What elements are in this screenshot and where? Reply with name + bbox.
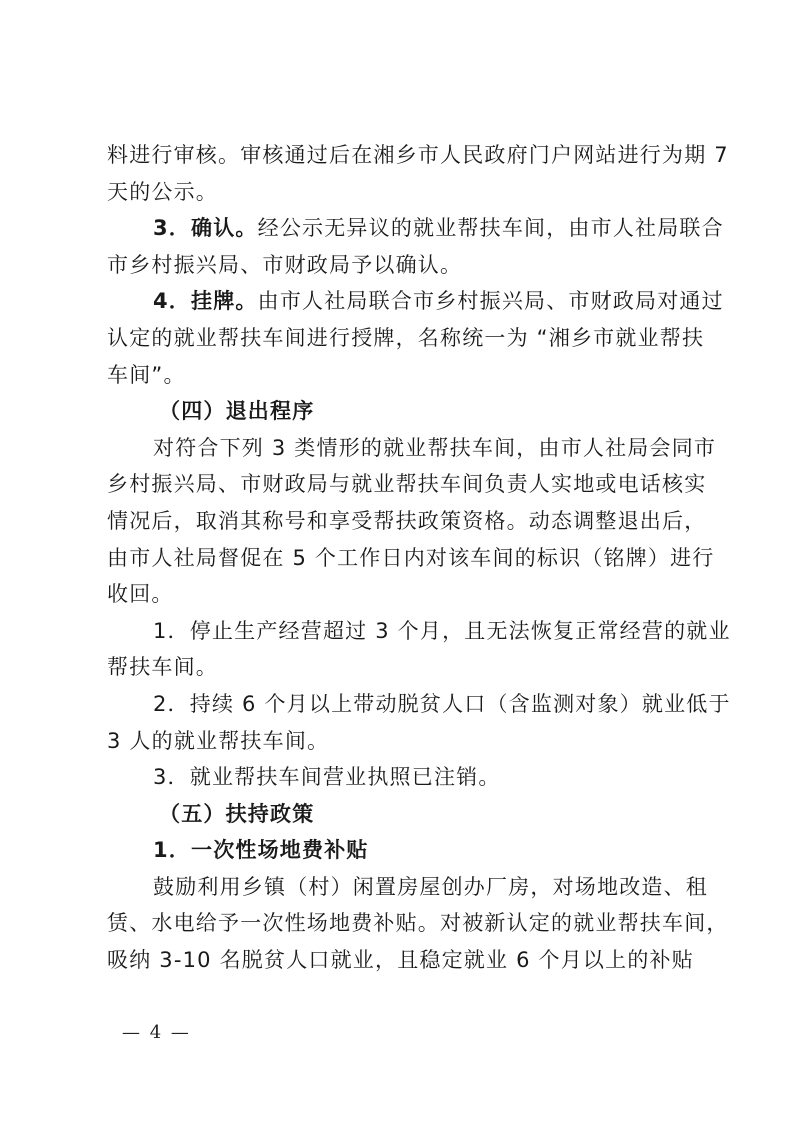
body-line: 对符合下列 3 类情形的就业帮扶车间，由市人社局会同市 xyxy=(107,430,692,467)
subheading-site-subsidy: 1．一次性场地费补贴 xyxy=(107,832,692,869)
body-line: 收回。 xyxy=(107,576,692,613)
body-line: 帮扶车间。 xyxy=(107,649,692,686)
page-number: — 4 — xyxy=(122,1022,191,1043)
item-text: 经公示无异议的就业帮扶车间，由市人社局联合 xyxy=(258,216,724,240)
list-item: 1．停止生产经营超过 3 个月，且无法恢复正常经营的就业 xyxy=(107,613,692,650)
item-text: 由市人社局联合市乡村振兴局、市财政局对通过 xyxy=(258,289,724,313)
item-plaque: 4．挂牌。由市人社局联合市乡村振兴局、市财政局对通过 xyxy=(107,283,692,320)
body-line: 天的公示。 xyxy=(107,174,692,211)
list-item: 2．持续 6 个月以上带动脱贫人口（含监测对象）就业低于 xyxy=(107,686,692,723)
body-line: 情况后，取消其称号和享受帮扶政策资格。动态调整退出后， xyxy=(107,503,692,540)
body-line: 市乡村振兴局、市财政局予以确认。 xyxy=(107,247,692,284)
list-item: 3．就业帮扶车间营业执照已注销。 xyxy=(107,759,692,796)
body-line: 料进行审核。审核通过后在湘乡市人民政府门户网站进行为期 7 xyxy=(107,137,692,174)
body-line: 车间”。 xyxy=(107,357,692,394)
section-heading-support: （五）扶持政策 xyxy=(107,796,692,833)
document-page: 料进行审核。审核通过后在湘乡市人民政府门户网站进行为期 7 天的公示。 3．确认… xyxy=(107,137,692,979)
item-label: 3．确认。 xyxy=(153,216,258,240)
body-line: 由市人社局督促在 5 个工作日内对该车间的标识（铭牌）进行 xyxy=(107,540,692,577)
body-line: 认定的就业帮扶车间进行授牌，名称统一为 “湘乡市就业帮扶 xyxy=(107,320,692,357)
body-line: 鼓励利用乡镇（村）闲置房屋创办厂房，对场地改造、租 xyxy=(107,869,692,906)
body-line: 3 人的就业帮扶车间。 xyxy=(107,723,692,760)
section-heading-exit: （四）退出程序 xyxy=(107,393,692,430)
body-line: 赁、水电给予一次性场地费补贴。对被新认定的就业帮扶车间， xyxy=(107,905,692,942)
body-line: 乡村振兴局、市财政局与就业帮扶车间负责人实地或电话核实 xyxy=(107,466,692,503)
item-label: 4．挂牌。 xyxy=(153,289,258,313)
body-line: 吸纳 3-10 名脱贫人口就业，且稳定就业 6 个月以上的补贴 xyxy=(107,942,692,979)
item-confirm: 3．确认。经公示无异议的就业帮扶车间，由市人社局联合 xyxy=(107,210,692,247)
